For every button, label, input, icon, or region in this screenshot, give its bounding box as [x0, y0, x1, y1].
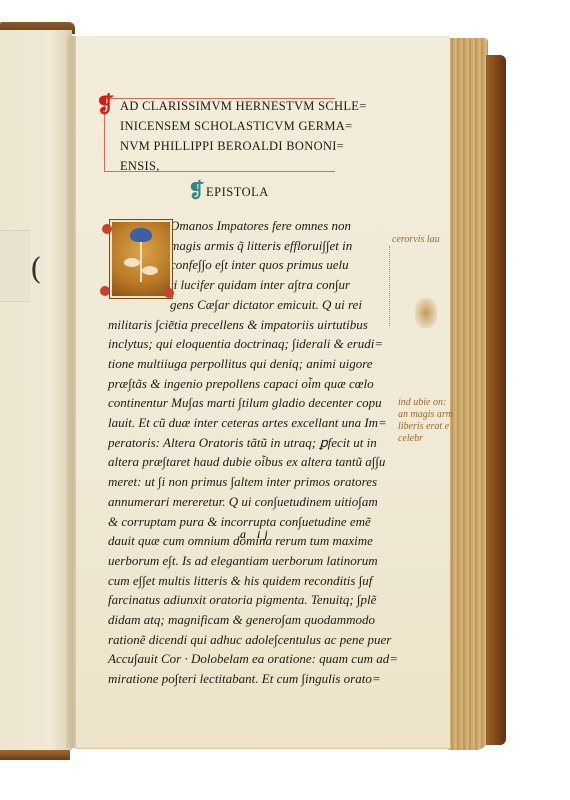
signature-mark: a ij: [240, 527, 272, 542]
text-line: didam atq; magnificam & genero∫am quodam…: [108, 610, 408, 630]
red-flourish: [102, 224, 112, 234]
leaf: [124, 258, 140, 267]
rubric-frame: [104, 98, 335, 172]
text-line: Accu∫auit Cor · Dolobelam ea oratione: q…: [108, 649, 408, 669]
cover-edge-right: [486, 55, 506, 745]
show-through-woodcut: [0, 230, 30, 302]
teal-paragraph-mark-icon: ❡: [188, 181, 205, 201]
text-line: tione multiiuga perpollitus qui deniq; a…: [108, 354, 408, 374]
marginal-note-group: ind ubie on: an magis arm liberis erat e…: [398, 397, 453, 445]
text-line: uerborum e∫t. Is ad elegantiam uerborum …: [108, 551, 408, 571]
marginal-note: liberis erat e: [398, 421, 453, 433]
margin-bracket: [386, 246, 390, 326]
text-line: lauit. Et cũ duæ inter ceteras artes exc…: [108, 413, 408, 433]
text-line: præ∫tãs & ingenio prepollens capaci oi͂m…: [108, 374, 408, 394]
text-line: annumerari mereretur. Q ui con∫uetudinem…: [108, 492, 408, 512]
ink-stain: [415, 298, 437, 328]
blue-flower-icon: [130, 228, 152, 242]
marginal-note: cerorvis lau: [392, 234, 440, 245]
left-page: (: [0, 30, 72, 750]
section-title: ❡ EPISTOLA: [206, 182, 408, 202]
printed-text-block: ❡ AD CLARISSIMVM HERNESTVM SCHLE= INICEN…: [108, 96, 408, 689]
text-line: inclytus; qui eloquentia doctrinaq; ∫ide…: [108, 334, 408, 354]
heading: ❡ AD CLARISSIMVM HERNESTVM SCHLE= INICEN…: [108, 96, 408, 176]
section-title-text: EPISTOLA: [206, 185, 269, 199]
text-line: continentur Mu∫as marti ∫tilum gladio de…: [108, 393, 408, 413]
text-line: rationẽ dicendi qui adhuc adole∫centulus…: [108, 630, 408, 650]
text-line: miratione po∫teri lectitabant. Et cum ∫i…: [108, 669, 408, 689]
stem: [140, 242, 142, 282]
text-line: cum e∫∫et multis litteris & his quidem r…: [108, 571, 408, 591]
red-paragraph-mark-icon: ❡: [96, 94, 112, 118]
text-line: meret: ut ∫i non primus ∫altem inter pri…: [108, 472, 408, 492]
text-line: altera præ∫taret haud dubie oi͂bus ex al…: [108, 452, 408, 472]
text-line: farcinatus adiunxit oratoria pigmenta. T…: [108, 590, 408, 610]
red-flourish: [164, 288, 174, 298]
marginal-note: celebr: [398, 433, 453, 445]
marginal-note: an magis arm: [398, 409, 453, 421]
text-line: militaris ∫cie͂tia precellens & impatori…: [108, 315, 408, 335]
marginal-note: ind ubie on:: [398, 397, 453, 409]
red-flourish: [100, 286, 110, 296]
illuminated-initial-icon: [110, 220, 172, 298]
body-text: Omanos Impatores fere omnes non magis ar…: [108, 216, 408, 689]
text-line: peratoris: Altera Oratoris tãtũ in utraq…: [108, 433, 408, 453]
left-page-glyph: (: [30, 252, 42, 287]
open-book: ( ❡ AD CLARISSIMVM HERNESTVM SCHLE= INIC…: [0, 0, 570, 800]
page-block-fore-edge: [448, 38, 488, 750]
leaf: [142, 266, 158, 275]
